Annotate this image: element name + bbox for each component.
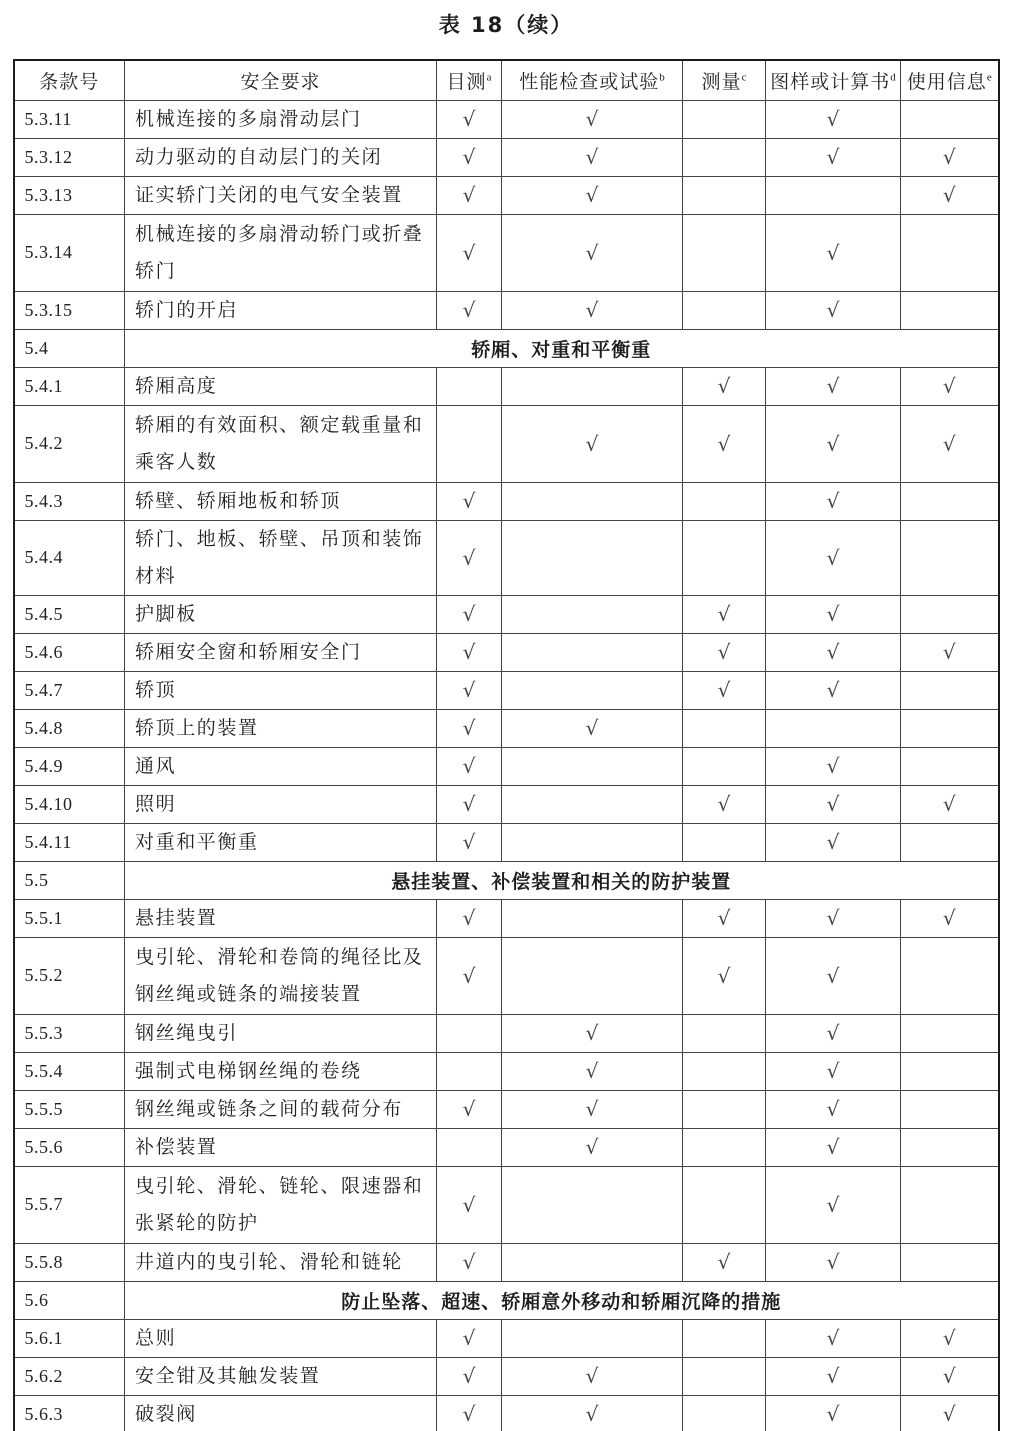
check-mark: √ <box>718 792 731 816</box>
safety-requirement: 轿壁、轿厢地板和轿顶 <box>125 482 437 520</box>
table-row: 5.4.3轿壁、轿厢地板和轿顶√√ <box>14 482 999 520</box>
check-mark: √ <box>463 1364 476 1388</box>
safety-requirement: 轿顶上的装置 <box>125 709 437 747</box>
check-cell: √ <box>437 899 502 937</box>
check-mark: √ <box>586 1059 599 1083</box>
check-cell <box>683 214 766 291</box>
check-mark: √ <box>827 145 840 169</box>
check-mark: √ <box>943 374 956 398</box>
check-mark: √ <box>463 716 476 740</box>
check-mark: √ <box>463 830 476 854</box>
check-cell: √ <box>502 405 683 482</box>
check-cell: √ <box>766 291 901 329</box>
check-cell: √ <box>683 633 766 671</box>
check-cell <box>683 747 766 785</box>
check-mark: √ <box>827 1193 840 1217</box>
check-mark: √ <box>827 640 840 664</box>
table-row: 5.4.1轿厢高度√√√ <box>14 367 999 405</box>
check-mark: √ <box>718 906 731 930</box>
table-row: 5.6.3破裂阀√√√√ <box>14 1395 999 1431</box>
clause-number: 5.4.11 <box>14 823 125 861</box>
check-cell: √ <box>437 1395 502 1431</box>
safety-requirement: 轿顶 <box>125 671 437 709</box>
check-cell <box>901 709 999 747</box>
check-cell: √ <box>901 367 999 405</box>
check-cell: √ <box>901 405 999 482</box>
check-cell: √ <box>766 823 901 861</box>
clause-number: 5.6.2 <box>14 1357 125 1395</box>
check-mark: √ <box>463 546 476 570</box>
column-header-label: 安全要求 <box>240 72 320 93</box>
table-row: 5.4.6轿厢安全窗和轿厢安全门√√√√ <box>14 633 999 671</box>
check-mark: √ <box>943 1402 956 1426</box>
check-cell <box>437 1052 502 1090</box>
check-cell <box>901 1090 999 1128</box>
check-cell <box>901 1243 999 1281</box>
check-cell <box>683 1357 766 1395</box>
table-row: 5.5.2曳引轮、滑轮和卷筒的绳径比及钢丝绳或链条的端接装置√√√ <box>14 937 999 1014</box>
check-cell <box>502 367 683 405</box>
safety-requirement: 强制式电梯钢丝绳的卷绕 <box>125 1052 437 1090</box>
check-cell: √ <box>766 595 901 633</box>
check-cell <box>502 823 683 861</box>
check-cell <box>901 671 999 709</box>
check-cell: √ <box>766 367 901 405</box>
check-cell: √ <box>437 937 502 1014</box>
check-cell <box>502 520 683 595</box>
check-cell <box>901 1128 999 1166</box>
check-mark: √ <box>586 1135 599 1159</box>
check-cell <box>683 1014 766 1052</box>
check-mark: √ <box>463 1250 476 1274</box>
safety-requirement: 钢丝绳曳引 <box>125 1014 437 1052</box>
clause-number: 5.5.5 <box>14 1090 125 1128</box>
check-cell <box>683 823 766 861</box>
safety-requirement: 动力驱动的自动层门的关闭 <box>125 138 437 176</box>
check-mark: √ <box>463 754 476 778</box>
check-cell: √ <box>437 1090 502 1128</box>
clause-number: 5.4.9 <box>14 747 125 785</box>
check-cell <box>437 367 502 405</box>
check-cell: √ <box>683 937 766 1014</box>
check-mark: √ <box>943 1326 956 1350</box>
check-mark: √ <box>463 1097 476 1121</box>
check-cell <box>502 1319 683 1357</box>
check-cell <box>683 1090 766 1128</box>
check-cell: √ <box>766 1395 901 1431</box>
check-cell: √ <box>683 1243 766 1281</box>
table-row: 5.4.10照明√√√√ <box>14 785 999 823</box>
check-cell: √ <box>766 747 901 785</box>
check-cell: √ <box>766 1090 901 1128</box>
table-row: 5.4.4轿门、地板、轿壁、吊顶和装饰材料√√ <box>14 520 999 595</box>
column-header-footnote-ref: a <box>487 71 492 83</box>
check-cell <box>683 520 766 595</box>
check-cell: √ <box>683 405 766 482</box>
clause-number: 5.5.2 <box>14 937 125 1014</box>
check-cell: √ <box>766 482 901 520</box>
check-mark: √ <box>463 107 476 131</box>
check-cell: √ <box>437 291 502 329</box>
check-mark: √ <box>586 1097 599 1121</box>
check-cell: √ <box>502 1395 683 1431</box>
section-clause-number: 5.6 <box>14 1281 125 1319</box>
check-mark: √ <box>943 183 956 207</box>
clause-number: 5.5.4 <box>14 1052 125 1090</box>
check-cell: √ <box>502 1357 683 1395</box>
check-cell <box>901 100 999 138</box>
clause-number: 5.4.4 <box>14 520 125 595</box>
check-mark: √ <box>718 678 731 702</box>
check-cell: √ <box>437 595 502 633</box>
check-cell <box>683 291 766 329</box>
check-mark: √ <box>827 602 840 626</box>
clause-number: 5.4.1 <box>14 367 125 405</box>
table-row: 5.5.7曳引轮、滑轮、链轮、限速器和张紧轮的防护√√ <box>14 1166 999 1243</box>
clause-number: 5.4.5 <box>14 595 125 633</box>
clause-number: 5.4.7 <box>14 671 125 709</box>
check-mark: √ <box>586 432 599 456</box>
check-cell <box>437 1014 502 1052</box>
check-cell: √ <box>437 1357 502 1395</box>
check-mark: √ <box>586 241 599 265</box>
check-mark: √ <box>827 432 840 456</box>
check-cell <box>502 785 683 823</box>
table-row: 5.4.11对重和平衡重√√ <box>14 823 999 861</box>
check-cell: √ <box>437 823 502 861</box>
check-mark: √ <box>718 602 731 626</box>
check-mark: √ <box>943 792 956 816</box>
check-mark: √ <box>463 298 476 322</box>
table-row: 5.5.5钢丝绳或链条之间的载荷分布√√√ <box>14 1090 999 1128</box>
safety-requirement: 破裂阀 <box>125 1395 437 1431</box>
check-cell <box>683 709 766 747</box>
safety-requirement: 对重和平衡重 <box>125 823 437 861</box>
check-cell: √ <box>766 1166 901 1243</box>
column-header: 安全要求 <box>125 60 437 100</box>
clause-number: 5.3.14 <box>14 214 125 291</box>
check-cell: √ <box>683 595 766 633</box>
safety-requirement: 轿门、地板、轿壁、吊顶和装饰材料 <box>125 520 437 595</box>
column-header-footnote-ref: c <box>742 71 747 83</box>
check-mark: √ <box>827 489 840 513</box>
column-header-label: 性能检查或试验 <box>519 72 659 93</box>
clause-number: 5.6.1 <box>14 1319 125 1357</box>
check-mark: √ <box>827 1097 840 1121</box>
table-row: 5.5.6补偿装置√√ <box>14 1128 999 1166</box>
safety-requirement: 悬挂装置 <box>125 899 437 937</box>
check-cell <box>683 100 766 138</box>
clause-number: 5.4.8 <box>14 709 125 747</box>
check-mark: √ <box>463 489 476 513</box>
table-row: 5.3.12动力驱动的自动层门的关闭√√√√ <box>14 138 999 176</box>
safety-requirement: 轿厢高度 <box>125 367 437 405</box>
clause-number: 5.3.11 <box>14 100 125 138</box>
check-cell <box>901 482 999 520</box>
check-cell <box>901 214 999 291</box>
clause-number: 5.5.7 <box>14 1166 125 1243</box>
check-cell <box>683 1166 766 1243</box>
check-mark: √ <box>827 830 840 854</box>
check-mark: √ <box>586 145 599 169</box>
check-cell <box>502 633 683 671</box>
check-mark: √ <box>463 602 476 626</box>
check-cell <box>766 709 901 747</box>
check-cell: √ <box>437 1243 502 1281</box>
check-mark: √ <box>943 432 956 456</box>
check-mark: √ <box>586 1021 599 1045</box>
check-cell: √ <box>766 1014 901 1052</box>
check-cell <box>502 482 683 520</box>
check-cell <box>437 1128 502 1166</box>
check-mark: √ <box>943 145 956 169</box>
check-cell: √ <box>437 633 502 671</box>
check-cell: √ <box>502 176 683 214</box>
check-mark: √ <box>827 298 840 322</box>
check-cell: √ <box>437 482 502 520</box>
check-cell: √ <box>683 899 766 937</box>
check-mark: √ <box>827 1250 840 1274</box>
inspection-requirements-table: 条款号安全要求目测a性能检查或试验b测量c图样或计算书d使用信息e 5.3.11… <box>13 59 1000 1431</box>
check-mark: √ <box>718 1250 731 1274</box>
check-mark: √ <box>463 183 476 207</box>
check-cell: √ <box>766 100 901 138</box>
check-mark: √ <box>943 906 956 930</box>
check-cell: √ <box>766 1357 901 1395</box>
check-mark: √ <box>827 374 840 398</box>
check-cell: √ <box>766 1243 901 1281</box>
clause-number: 5.5.1 <box>14 899 125 937</box>
check-mark: √ <box>463 1193 476 1217</box>
check-cell: √ <box>437 785 502 823</box>
safety-requirement: 证实轿门关闭的电气安全装置 <box>125 176 437 214</box>
check-cell: √ <box>502 214 683 291</box>
check-cell <box>502 595 683 633</box>
check-mark: √ <box>827 546 840 570</box>
check-cell: √ <box>437 214 502 291</box>
column-header: 目测a <box>437 60 502 100</box>
check-mark: √ <box>586 1364 599 1388</box>
check-cell <box>437 405 502 482</box>
check-cell: √ <box>502 1128 683 1166</box>
check-cell: √ <box>901 633 999 671</box>
column-header-label: 条款号 <box>39 72 99 93</box>
table-row: 5.4.7轿顶√√√ <box>14 671 999 709</box>
table-row: 5.5.8井道内的曳引轮、滑轮和链轮√√√ <box>14 1243 999 1281</box>
check-mark: √ <box>827 754 840 778</box>
check-cell <box>502 1166 683 1243</box>
column-header: 性能检查或试验b <box>502 60 683 100</box>
check-cell: √ <box>766 1319 901 1357</box>
clause-number: 5.4.6 <box>14 633 125 671</box>
safety-requirement: 总则 <box>125 1319 437 1357</box>
check-cell <box>901 595 999 633</box>
check-cell: √ <box>683 671 766 709</box>
check-cell: √ <box>901 785 999 823</box>
clause-number: 5.5.3 <box>14 1014 125 1052</box>
clause-number: 5.3.13 <box>14 176 125 214</box>
check-cell: √ <box>437 747 502 785</box>
check-mark: √ <box>827 678 840 702</box>
check-mark: √ <box>718 964 731 988</box>
check-cell: √ <box>766 785 901 823</box>
check-mark: √ <box>827 1059 840 1083</box>
check-mark: √ <box>943 640 956 664</box>
check-mark: √ <box>718 432 731 456</box>
check-cell <box>683 1319 766 1357</box>
section-row: 5.5悬挂装置、补偿装置和相关的防护装置 <box>14 861 999 899</box>
table-title: 表 18（续） <box>0 9 1012 39</box>
check-cell: √ <box>901 1319 999 1357</box>
safety-requirement: 曳引轮、滑轮、链轮、限速器和张紧轮的防护 <box>125 1166 437 1243</box>
safety-requirement: 通风 <box>125 747 437 785</box>
check-cell <box>901 520 999 595</box>
table-body: 5.3.11机械连接的多扇滑动层门√√√5.3.12动力驱动的自动层门的关闭√√… <box>14 100 999 1431</box>
check-cell: √ <box>766 520 901 595</box>
check-cell <box>683 176 766 214</box>
column-header: 使用信息e <box>901 60 999 100</box>
check-mark: √ <box>827 107 840 131</box>
check-cell <box>766 176 901 214</box>
check-mark: √ <box>463 241 476 265</box>
check-cell <box>683 1128 766 1166</box>
section-clause-number: 5.4 <box>14 329 125 367</box>
check-cell <box>502 1243 683 1281</box>
safety-requirement: 轿厢的有效面积、额定载重量和乘客人数 <box>125 405 437 482</box>
safety-requirement: 机械连接的多扇滑动轿门或折叠轿门 <box>125 214 437 291</box>
clause-number: 5.4.2 <box>14 405 125 482</box>
check-mark: √ <box>463 1402 476 1426</box>
safety-requirement: 机械连接的多扇滑动层门 <box>125 100 437 138</box>
document-page: 表 18（续） 条款号安全要求目测a性能检查或试验b测量c图样或计算书d使用信息… <box>0 9 1012 1431</box>
table-row: 5.3.13证实轿门关闭的电气安全装置√√√ <box>14 176 999 214</box>
check-mark: √ <box>463 678 476 702</box>
check-mark: √ <box>586 298 599 322</box>
section-row: 5.6防止坠落、超速、轿厢意外移动和轿厢沉降的措施 <box>14 1281 999 1319</box>
check-cell <box>502 671 683 709</box>
check-cell: √ <box>437 1166 502 1243</box>
safety-requirement: 井道内的曳引轮、滑轮和链轮 <box>125 1243 437 1281</box>
check-mark: √ <box>718 640 731 664</box>
check-cell: √ <box>502 1052 683 1090</box>
check-cell <box>683 1052 766 1090</box>
check-cell: √ <box>683 785 766 823</box>
check-cell: √ <box>901 1357 999 1395</box>
check-mark: √ <box>827 1135 840 1159</box>
check-mark: √ <box>463 640 476 664</box>
check-cell <box>901 823 999 861</box>
table-row: 5.3.11机械连接的多扇滑动层门√√√ <box>14 100 999 138</box>
check-cell: √ <box>766 899 901 937</box>
check-cell: √ <box>502 138 683 176</box>
section-row: 5.4轿厢、对重和平衡重 <box>14 329 999 367</box>
check-mark: √ <box>943 1364 956 1388</box>
check-mark: √ <box>463 792 476 816</box>
check-mark: √ <box>586 716 599 740</box>
table-row: 5.4.8轿顶上的装置√√ <box>14 709 999 747</box>
table-row: 5.6.1总则√√√ <box>14 1319 999 1357</box>
check-mark: √ <box>827 1021 840 1045</box>
check-mark: √ <box>463 906 476 930</box>
check-cell: √ <box>437 520 502 595</box>
check-mark: √ <box>827 964 840 988</box>
check-cell: √ <box>502 709 683 747</box>
section-title: 悬挂装置、补偿装置和相关的防护装置 <box>125 861 999 899</box>
check-cell: √ <box>901 1395 999 1431</box>
column-header-footnote-ref: d <box>890 71 896 83</box>
check-mark: √ <box>463 964 476 988</box>
table-row: 5.4.9通风√√ <box>14 747 999 785</box>
safety-requirement: 钢丝绳或链条之间的载荷分布 <box>125 1090 437 1128</box>
column-header: 测量c <box>683 60 766 100</box>
table-row: 5.4.2轿厢的有效面积、额定载重量和乘客人数√√√√ <box>14 405 999 482</box>
check-cell <box>901 747 999 785</box>
section-title: 轿厢、对重和平衡重 <box>125 329 999 367</box>
table-row: 5.5.1悬挂装置√√√√ <box>14 899 999 937</box>
section-title: 防止坠落、超速、轿厢意外移动和轿厢沉降的措施 <box>125 1281 999 1319</box>
table-row: 5.6.2安全钳及其触发装置√√√√ <box>14 1357 999 1395</box>
clause-number: 5.6.3 <box>14 1395 125 1431</box>
table-row: 5.3.15轿门的开启√√√ <box>14 291 999 329</box>
header-row: 条款号安全要求目测a性能检查或试验b测量c图样或计算书d使用信息e <box>14 60 999 100</box>
clause-number: 5.5.6 <box>14 1128 125 1166</box>
check-mark: √ <box>463 1326 476 1350</box>
check-cell <box>901 937 999 1014</box>
table-header: 条款号安全要求目测a性能检查或试验b测量c图样或计算书d使用信息e <box>14 60 999 100</box>
check-mark: √ <box>827 1402 840 1426</box>
check-mark: √ <box>586 183 599 207</box>
check-cell: √ <box>766 1052 901 1090</box>
check-cell: √ <box>683 367 766 405</box>
column-header-label: 使用信息 <box>907 72 987 93</box>
safety-requirement: 安全钳及其触发装置 <box>125 1357 437 1395</box>
table-row: 5.4.5护脚板√√√ <box>14 595 999 633</box>
check-mark: √ <box>718 374 731 398</box>
clause-number: 5.3.12 <box>14 138 125 176</box>
clause-number: 5.4.3 <box>14 482 125 520</box>
check-cell <box>683 482 766 520</box>
check-cell: √ <box>437 100 502 138</box>
column-header-label: 目测 <box>447 72 487 93</box>
check-cell: √ <box>901 899 999 937</box>
check-cell <box>901 1166 999 1243</box>
clause-number: 5.5.8 <box>14 1243 125 1281</box>
check-mark: √ <box>827 1326 840 1350</box>
table-row: 5.5.3钢丝绳曳引√√ <box>14 1014 999 1052</box>
check-cell <box>502 899 683 937</box>
table-row: 5.3.14机械连接的多扇滑动轿门或折叠轿门√√√ <box>14 214 999 291</box>
check-mark: √ <box>463 145 476 169</box>
safety-requirement: 护脚板 <box>125 595 437 633</box>
check-cell: √ <box>766 1128 901 1166</box>
check-cell: √ <box>437 671 502 709</box>
column-header-footnote-ref: b <box>659 71 665 83</box>
check-cell: √ <box>502 291 683 329</box>
column-header-footnote-ref: e <box>987 71 992 83</box>
clause-number: 5.4.10 <box>14 785 125 823</box>
check-mark: √ <box>827 1364 840 1388</box>
check-cell: √ <box>437 709 502 747</box>
check-cell <box>901 291 999 329</box>
check-mark: √ <box>827 906 840 930</box>
check-cell <box>502 747 683 785</box>
check-cell: √ <box>766 633 901 671</box>
check-cell: √ <box>437 176 502 214</box>
column-header: 条款号 <box>14 60 125 100</box>
check-cell: √ <box>766 138 901 176</box>
check-cell: √ <box>901 138 999 176</box>
check-cell: √ <box>766 671 901 709</box>
